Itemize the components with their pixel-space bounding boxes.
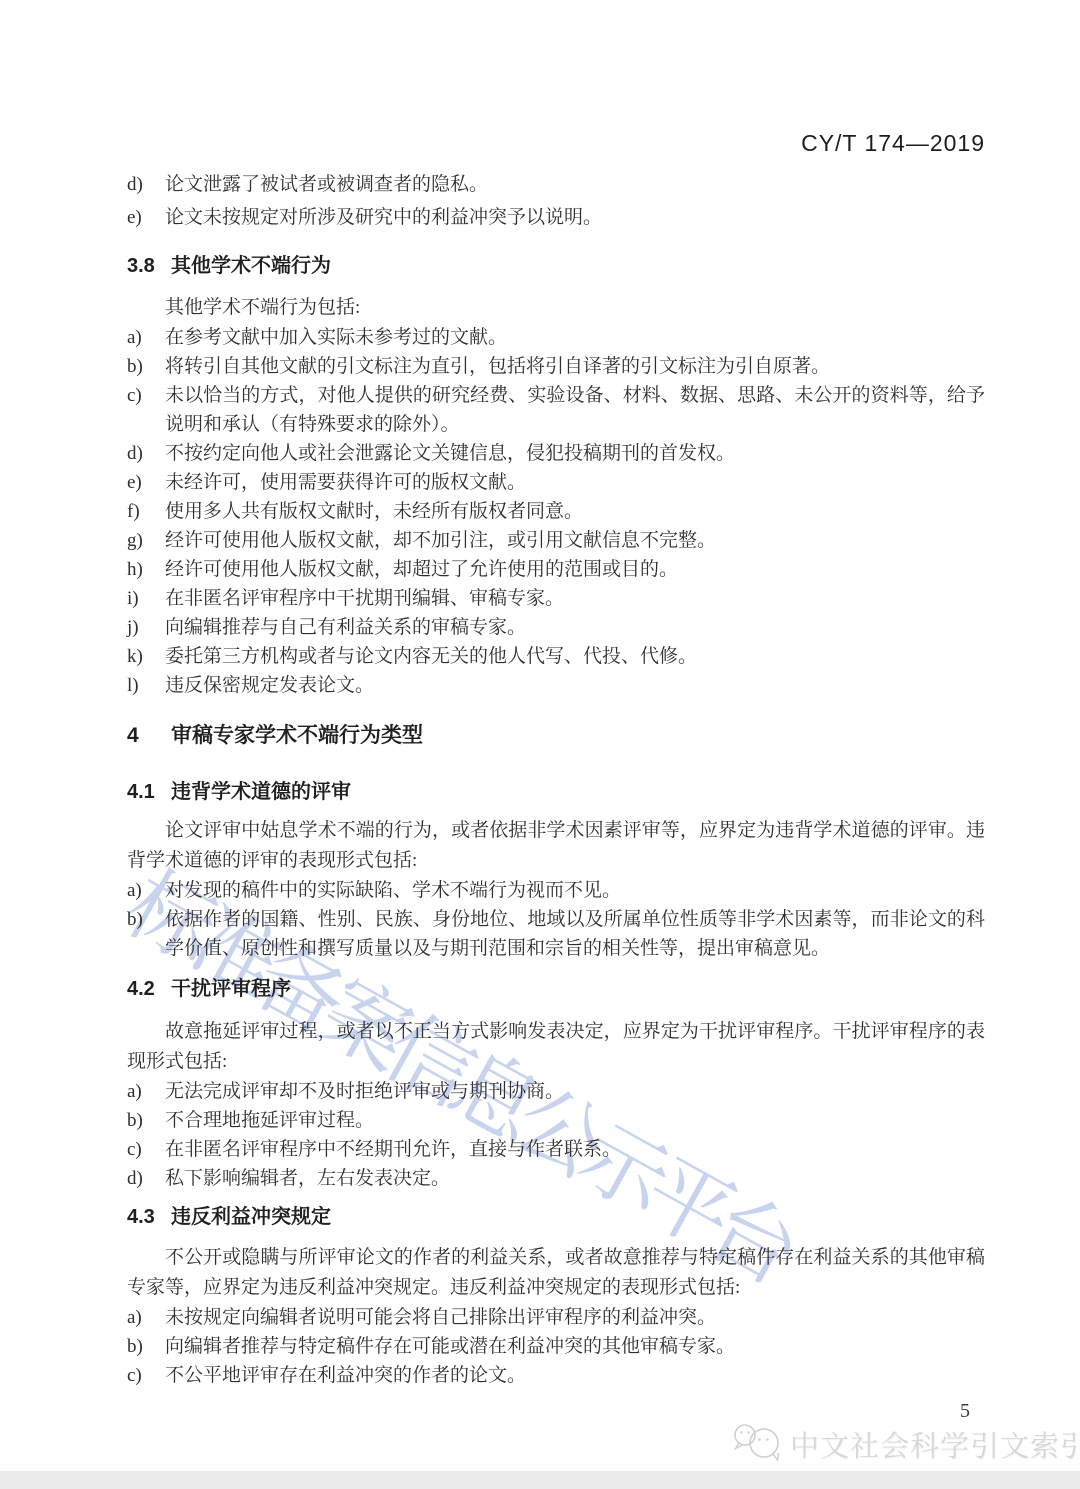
list-item: d) 不按约定向他人或社会泄露论文关键信息，侵犯投稿期刊的首发权。 (127, 439, 985, 468)
section-4-1-paragraph: 论文评审中姑息学术不端的行为，或者依据非学术因素评审等，应界定为违背学术道德的评… (127, 816, 985, 876)
list-item-label: e) (127, 468, 165, 497)
section-title: 违背学术道德的评审 (171, 778, 351, 806)
list-item-label: d) (127, 1164, 165, 1193)
list-item-label: h) (127, 555, 165, 584)
list-item-label: b) (127, 905, 165, 963)
list-item-label: k) (127, 642, 165, 671)
section-title: 违反利益冲突规定 (171, 1203, 331, 1231)
list-item-label: a) (127, 1303, 165, 1332)
clause-list-3-7: d) 论文泄露了被试者或被调查者的隐私。 e) 论文未按规定对所涉及研究中的利益… (127, 168, 985, 234)
section-4-2-heading: 4.2 干扰评审程序 (127, 975, 985, 1003)
list-item: b) 向编辑者推荐与特定稿件存在可能或潜在利益冲突的其他审稿专家。 (127, 1332, 985, 1361)
list-item-text: 未按规定向编辑者说明可能会将自己排除出评审程序的利益冲突。 (165, 1303, 985, 1332)
list-item-text: 将转引自其他文献的引文标注为直引，包括将引自译著的引文标注为引自原著。 (165, 352, 985, 381)
list-item: e) 论文未按规定对所涉及研究中的利益冲突予以说明。 (127, 201, 985, 234)
list-item: b) 依据作者的国籍、性别、民族、身份地位、地域以及所属单位性质等非学术因素等，… (127, 905, 985, 963)
section-number: 3.8 (127, 252, 171, 280)
section-4-3-heading: 4.3 违反利益冲突规定 (127, 1203, 985, 1231)
list-item-text: 在非匿名评审程序中干扰期刊编辑、审稿专家。 (165, 584, 985, 613)
list-item: b) 将转引自其他文献的引文标注为直引，包括将引自译著的引文标注为引自原著。 (127, 352, 985, 381)
document-page: 标准备案信息公示平台 CY/T 174—2019 d) 论文泄露了被试者或被调查… (0, 0, 1080, 1489)
list-item: e) 未经许可，使用需要获得许可的版权文献。 (127, 468, 985, 497)
section-3-8-intro: 其他学术不端行为包括: (127, 293, 985, 323)
list-item-label: a) (127, 1077, 165, 1106)
list-item: j) 向编辑推荐与自己有利益关系的审稿专家。 (127, 613, 985, 642)
list-item-text: 违反保密规定发表论文。 (165, 671, 985, 700)
list-item: h) 经许可使用他人版权文献，却超过了允许使用的范围或目的。 (127, 555, 985, 584)
list-item-label: i) (127, 584, 165, 613)
list-item-label: c) (127, 1361, 165, 1390)
list-item-text: 论文未按规定对所涉及研究中的利益冲突予以说明。 (165, 201, 985, 234)
list-item-text: 使用多人共有版权文献时，未经所有版权者同意。 (165, 497, 985, 526)
list-item-text: 无法完成评审却不及时拒绝评审或与期刊协商。 (165, 1077, 985, 1106)
list-item-text: 未以恰当的方式，对他人提供的研究经费、实验设备、材料、数据、思路、未公开的资料等… (165, 381, 985, 439)
list-item-text: 经许可使用他人版权文献，却不加引注，或引用文献信息不完整。 (165, 526, 985, 555)
list-item: c) 不公平地评审存在利益冲突的作者的论文。 (127, 1361, 985, 1390)
list-item: a) 无法完成评审却不及时拒绝评审或与期刊协商。 (127, 1077, 985, 1106)
chapter-title: 审稿专家学术不端行为类型 (171, 722, 423, 750)
list-item: i) 在非匿名评审程序中干扰期刊编辑、审稿专家。 (127, 584, 985, 613)
page-content: CY/T 174—2019 d) 论文泄露了被试者或被调查者的隐私。 e) 论文… (0, 130, 1080, 1390)
bottom-strip (0, 1471, 1080, 1489)
list-item-label: a) (127, 323, 165, 352)
list-item-label: g) (127, 526, 165, 555)
list-item: g) 经许可使用他人版权文献，却不加引注，或引用文献信息不完整。 (127, 526, 985, 555)
list-item: d) 私下影响编辑者，左右发表决定。 (127, 1164, 985, 1193)
list-item-text: 向编辑者推荐与特定稿件存在可能或潜在利益冲突的其他审稿专家。 (165, 1332, 985, 1361)
list-item-text: 不公平地评审存在利益冲突的作者的论文。 (165, 1361, 985, 1390)
list-item-label: e) (127, 201, 165, 234)
list-item: a) 在参考文献中加入实际未参考过的文献。 (127, 323, 985, 352)
review-list-4-1: a) 对发现的稿件中的实际缺陷、学术不端行为视而不见。 b) 依据作者的国籍、性… (127, 876, 985, 963)
list-item-text: 私下影响编辑者，左右发表决定。 (165, 1164, 985, 1193)
list-item: b) 不合理地拖延评审过程。 (127, 1106, 985, 1135)
interference-list-4-2: a) 无法完成评审却不及时拒绝评审或与期刊协商。 b) 不合理地拖延评审过程。 … (127, 1077, 985, 1193)
footer-brand-text: 中文社会科学引文索引 (790, 1424, 1080, 1465)
list-item: l) 违反保密规定发表论文。 (127, 671, 985, 700)
list-item-text: 对发现的稿件中的实际缺陷、学术不端行为视而不见。 (165, 876, 985, 905)
list-item-text: 依据作者的国籍、性别、民族、身份地位、地域以及所属单位性质等非学术因素等，而非论… (165, 905, 985, 963)
list-item: d) 论文泄露了被试者或被调查者的隐私。 (127, 168, 985, 201)
chapter-number: 4 (127, 722, 171, 750)
list-item-text: 经许可使用他人版权文献，却超过了允许使用的范围或目的。 (165, 555, 985, 584)
section-number: 4.3 (127, 1203, 171, 1231)
list-item-label: c) (127, 1135, 165, 1164)
section-3-8-heading: 3.8 其他学术不端行为 (127, 252, 985, 280)
list-item-text: 不合理地拖延评审过程。 (165, 1106, 985, 1135)
footer-brand: 中文社会科学引文索引 (731, 1420, 1080, 1469)
list-item-label: d) (127, 439, 165, 468)
section-4-3-paragraph: 不公开或隐瞒与所评审论文的作者的利益关系，或者故意推荐与特定稿件存在利益关系的其… (127, 1243, 985, 1303)
section-4-1-heading: 4.1 违背学术道德的评审 (127, 778, 985, 806)
list-item-text: 论文泄露了被试者或被调查者的隐私。 (165, 168, 985, 201)
list-item-label: a) (127, 876, 165, 905)
list-item-label: c) (127, 381, 165, 439)
list-item: c) 未以恰当的方式，对他人提供的研究经费、实验设备、材料、数据、思路、未公开的… (127, 381, 985, 439)
list-item-label: d) (127, 168, 165, 201)
list-item-text: 不按约定向他人或社会泄露论文关键信息，侵犯投稿期刊的首发权。 (165, 439, 985, 468)
conflict-list-4-3: a) 未按规定向编辑者说明可能会将自己排除出评审程序的利益冲突。 b) 向编辑者… (127, 1303, 985, 1390)
standard-code: CY/T 174—2019 (127, 130, 985, 156)
list-item: f) 使用多人共有版权文献时，未经所有版权者同意。 (127, 497, 985, 526)
chapter-4-heading: 4 审稿专家学术不端行为类型 (127, 722, 985, 750)
list-item-text: 向编辑推荐与自己有利益关系的审稿专家。 (165, 613, 985, 642)
list-item-label: b) (127, 352, 165, 381)
list-item-text: 在参考文献中加入实际未参考过的文献。 (165, 323, 985, 352)
list-item-text: 在非匿名评审程序中不经期刊允许，直接与作者联系。 (165, 1135, 985, 1164)
section-title: 其他学术不端行为 (171, 252, 331, 280)
list-item-text: 未经许可，使用需要获得许可的版权文献。 (165, 468, 985, 497)
list-item-text: 委托第三方机构或者与论文内容无关的他人代写、代投、代修。 (165, 642, 985, 671)
section-number: 4.1 (127, 778, 171, 806)
csci-logo-icon (731, 1420, 785, 1469)
list-item-label: f) (127, 497, 165, 526)
list-item: c) 在非匿名评审程序中不经期刊允许，直接与作者联系。 (127, 1135, 985, 1164)
list-item-label: b) (127, 1332, 165, 1361)
section-title: 干扰评审程序 (171, 975, 291, 1003)
section-number: 4.2 (127, 975, 171, 1003)
list-item: a) 对发现的稿件中的实际缺陷、学术不端行为视而不见。 (127, 876, 985, 905)
list-item: a) 未按规定向编辑者说明可能会将自己排除出评审程序的利益冲突。 (127, 1303, 985, 1332)
list-item-label: b) (127, 1106, 165, 1135)
list-item-label: j) (127, 613, 165, 642)
misconduct-list-3-8: a) 在参考文献中加入实际未参考过的文献。 b) 将转引自其他文献的引文标注为直… (127, 323, 985, 700)
list-item: k) 委托第三方机构或者与论文内容无关的他人代写、代投、代修。 (127, 642, 985, 671)
list-item-label: l) (127, 671, 165, 700)
section-4-2-paragraph: 故意拖延评审过程，或者以不正当方式影响发表决定，应界定为干扰评审程序。干扰评审程… (127, 1017, 985, 1077)
